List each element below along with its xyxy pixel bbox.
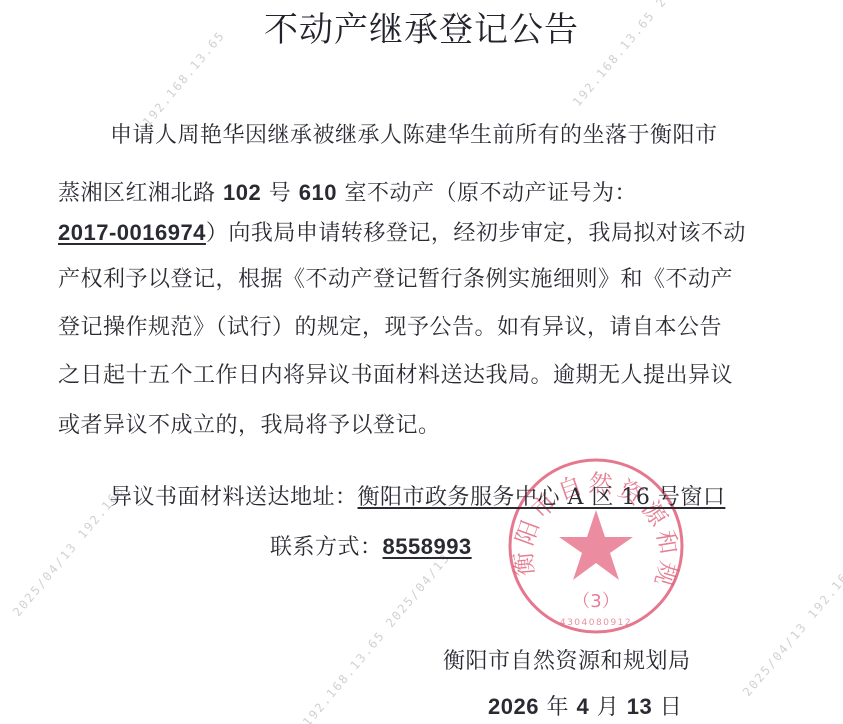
contact-label: 联系方式： (270, 535, 383, 560)
seal-code: 4304080912 (560, 618, 632, 628)
body-text: 号 (269, 181, 292, 206)
page-title: 不动产继承登记公告 (0, 2, 843, 51)
date-year: 2026 (488, 694, 539, 719)
date-year-label: 年 (546, 695, 569, 720)
date-day-label: 日 (660, 695, 683, 720)
body-text: 蒸湘区红湘北路 (58, 181, 216, 206)
date-day: 13 (627, 694, 652, 719)
date-month: 4 (576, 694, 589, 719)
issue-date: 2026 年 4 月 13 日 (488, 690, 682, 721)
body-line-7: 或者异议不成立的，我局将予以登记。 (58, 408, 441, 439)
star-icon (559, 510, 633, 580)
body-line-2: 蒸湘区红湘北路 102 号 610 室不动产（原不动产证号为： (58, 176, 637, 207)
notice-page: 2025/04/13 192.168 192.168.13.65 2025/04… (0, 0, 843, 724)
date-month-label: 月 (597, 695, 620, 720)
body-text: ）向我局申请转移登记，经初步审定，我局拟对该不动 (206, 221, 746, 246)
road-number: 102 (223, 180, 261, 205)
objection-address: 衡阳市政务服务中心 A 区 16 号窗口 (358, 485, 726, 510)
body-text: 产权利予以登记，根据《不动产登记暂行条例实施细则》和《不动产 (58, 267, 733, 292)
body-line-1: 申请人周艳华因继承被继承人陈建华生前所有的坐落于衡阳市 (110, 118, 718, 149)
body-text: 之日起十五个工作日内将异议书面材料送达我局。逾期无人提出异议 (58, 363, 733, 388)
room-number: 610 (299, 180, 337, 205)
body-text: 或者异议不成立的，我局将予以登记。 (58, 413, 441, 438)
body-line-4: 产权利予以登记，根据《不动产登记暂行条例实施细则》和《不动产 (58, 262, 733, 293)
body-line-5: 登记操作规范》（试行）的规定，现予公告。如有异议，请自本公告 (58, 310, 722, 341)
objection-address-line: 异议书面材料送达地址：衡阳市政务服务中心 A 区 16 号窗口 (110, 480, 725, 511)
issuer-name: 衡阳市自然资源和规划局 (443, 649, 691, 674)
body-line-3: 2017-0016974）向我局申请转移登记，经初步审定，我局拟对该不动 (58, 216, 746, 247)
contact-line: 联系方式：8558993 (270, 530, 472, 561)
seal-number: （3） (572, 591, 619, 612)
objection-address-label: 异议书面材料送达地址： (110, 485, 358, 510)
watermark: 2025/04/13 192.168.13 (740, 542, 843, 699)
body-text: 登记操作规范》（试行）的规定，现予公告。如有异议，请自本公告 (58, 315, 722, 340)
contact-phone: 8558993 (383, 534, 472, 559)
certificate-number: 2017-0016974 (58, 220, 206, 245)
body-line-6: 之日起十五个工作日内将异议书面材料送达我局。逾期无人提出异议 (58, 358, 733, 389)
body-text: 申请人周艳华因继承被继承人陈建华生前所有的坐落于衡阳市 (110, 123, 718, 148)
watermark: 192.168.13.65 2025/04/13 (300, 550, 453, 724)
issuer: 衡阳市自然资源和规划局 (443, 644, 691, 675)
body-text: 室不动产（原不动产证号为： (344, 181, 637, 206)
